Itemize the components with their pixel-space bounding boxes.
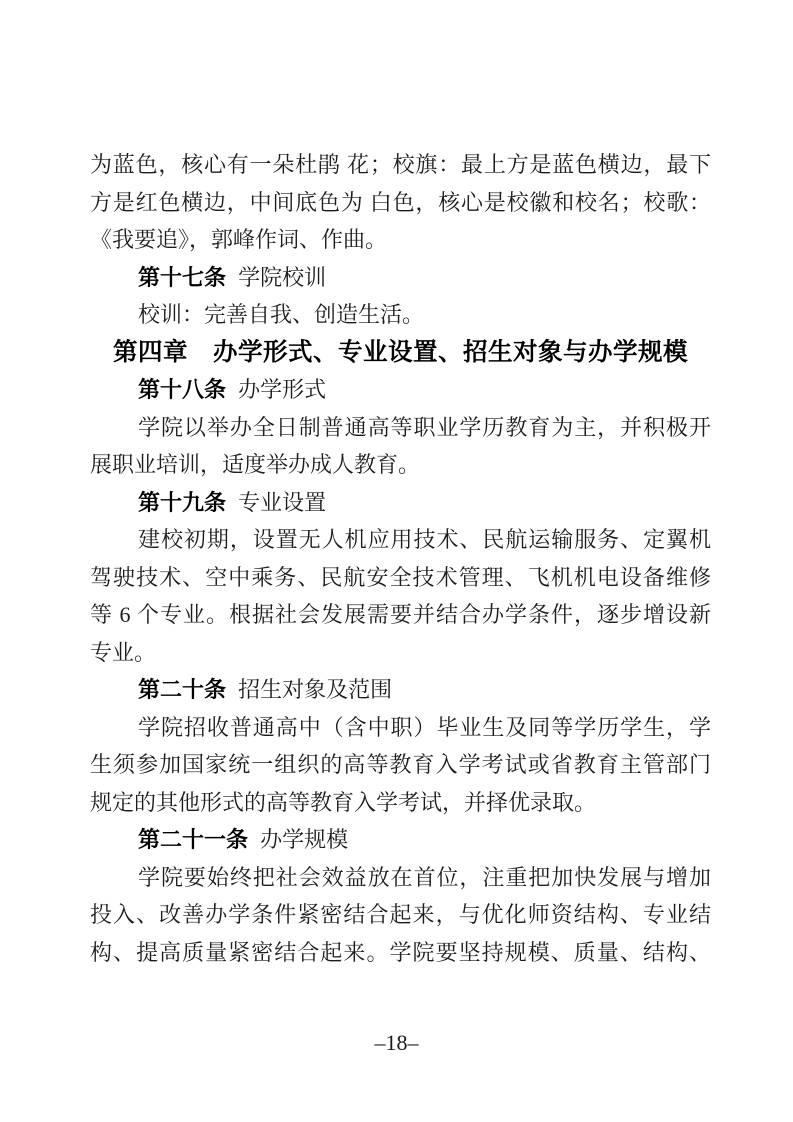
article-title: 招生对象及范围 <box>238 677 392 702</box>
paragraph-19: 建校初期，设置无人机应用技术、民航运输服务、定翼机 驾驶技术、空中乘务、民航安全… <box>90 521 711 671</box>
body-line: 建校初期，设置无人机应用技术、民航运输服务、定翼机 <box>90 521 711 559</box>
body-line: 方是红色横边，中间底色为 白色，核心是校徽和校名；校歌： <box>90 184 711 222</box>
article-title: 专业设置 <box>238 490 326 515</box>
article-title: 办学形式 <box>238 377 326 402</box>
chapter-4-heading: 第四章 办学形式、专业设置、招生对象与办学规模 <box>90 334 711 372</box>
page-body-text: 为蓝色，核心有一朵杜鹃 花；校旗：最上方是蓝色横边，最下 方是红色横边，中间底色… <box>90 146 711 971</box>
article-title: 学院校训 <box>238 265 326 290</box>
body-line: 为蓝色，核心有一朵杜鹃 花；校旗：最上方是蓝色横边，最下 <box>90 146 711 184</box>
paragraph-intro: 为蓝色，核心有一朵杜鹃 花；校旗：最上方是蓝色横边，最下 方是红色横边，中间底色… <box>90 146 711 259</box>
paragraph-20: 学院招收普通高中（含中职）毕业生及同等学历学生，学 生须参加国家统一组织的高等教… <box>90 709 711 822</box>
body-line: 学院要始终把社会效益放在首位，注重把加快发展与增加 <box>90 859 711 897</box>
paragraph-21: 学院要始终把社会效益放在首位，注重把加快发展与增加 投入、改善办学条件紧密结合起… <box>90 859 711 972</box>
body-line: 生须参加国家统一组织的高等教育入学考试或省教育主管部门 <box>90 746 711 784</box>
document-page: 为蓝色，核心有一朵杜鹃 花；校旗：最上方是蓝色横边，最下 方是红色横边，中间底色… <box>0 0 793 1122</box>
article-number: 第二十一条 <box>138 827 248 852</box>
article-number: 第十七条 <box>138 265 226 290</box>
paragraph-18: 学院以举办全日制普通高等职业学历教育为主，并积极开 展职业培训，适度举办成人教育… <box>90 409 711 484</box>
article-number: 第二十条 <box>138 677 226 702</box>
body-line: 学院招收普通高中（含中职）毕业生及同等学历学生，学 <box>90 709 711 747</box>
article-21-heading: 第二十一条办学规模 <box>90 821 711 859</box>
article-20-heading: 第二十条招生对象及范围 <box>90 671 711 709</box>
body-line: 构、提高质量紧密结合起来。学院要坚持规模、质量、结构、 <box>90 934 711 972</box>
body-line: 等 6 个专业。根据社会发展需要并结合办学条件，逐步增设新 <box>90 596 711 634</box>
article-number: 第十九条 <box>138 490 226 515</box>
article-18-heading: 第十八条办学形式 <box>90 371 711 409</box>
article-17-heading: 第十七条学院校训 <box>90 259 711 297</box>
body-line: 专业。 <box>90 634 711 672</box>
body-line: 驾驶技术、空中乘务、民航安全技术管理、飞机机电设备维修 <box>90 559 711 597</box>
body-line: 展职业培训，适度举办成人教育。 <box>90 446 711 484</box>
body-line: 《我要追》，郭峰作词、作曲。 <box>90 221 711 259</box>
body-line: 投入、改善办学条件紧密结合起来，与优化师资结构、专业结 <box>90 896 711 934</box>
page-number: –18– <box>0 1030 793 1056</box>
article-title: 办学规模 <box>260 827 348 852</box>
article-number: 第十八条 <box>138 377 226 402</box>
motto-line: 校训：完善自我、创造生活。 <box>90 296 711 334</box>
body-line: 规定的其他形式的高等教育入学考试，并择优录取。 <box>90 784 711 822</box>
article-19-heading: 第十九条专业设置 <box>90 484 711 522</box>
body-line: 学院以举办全日制普通高等职业学历教育为主，并积极开 <box>90 409 711 447</box>
